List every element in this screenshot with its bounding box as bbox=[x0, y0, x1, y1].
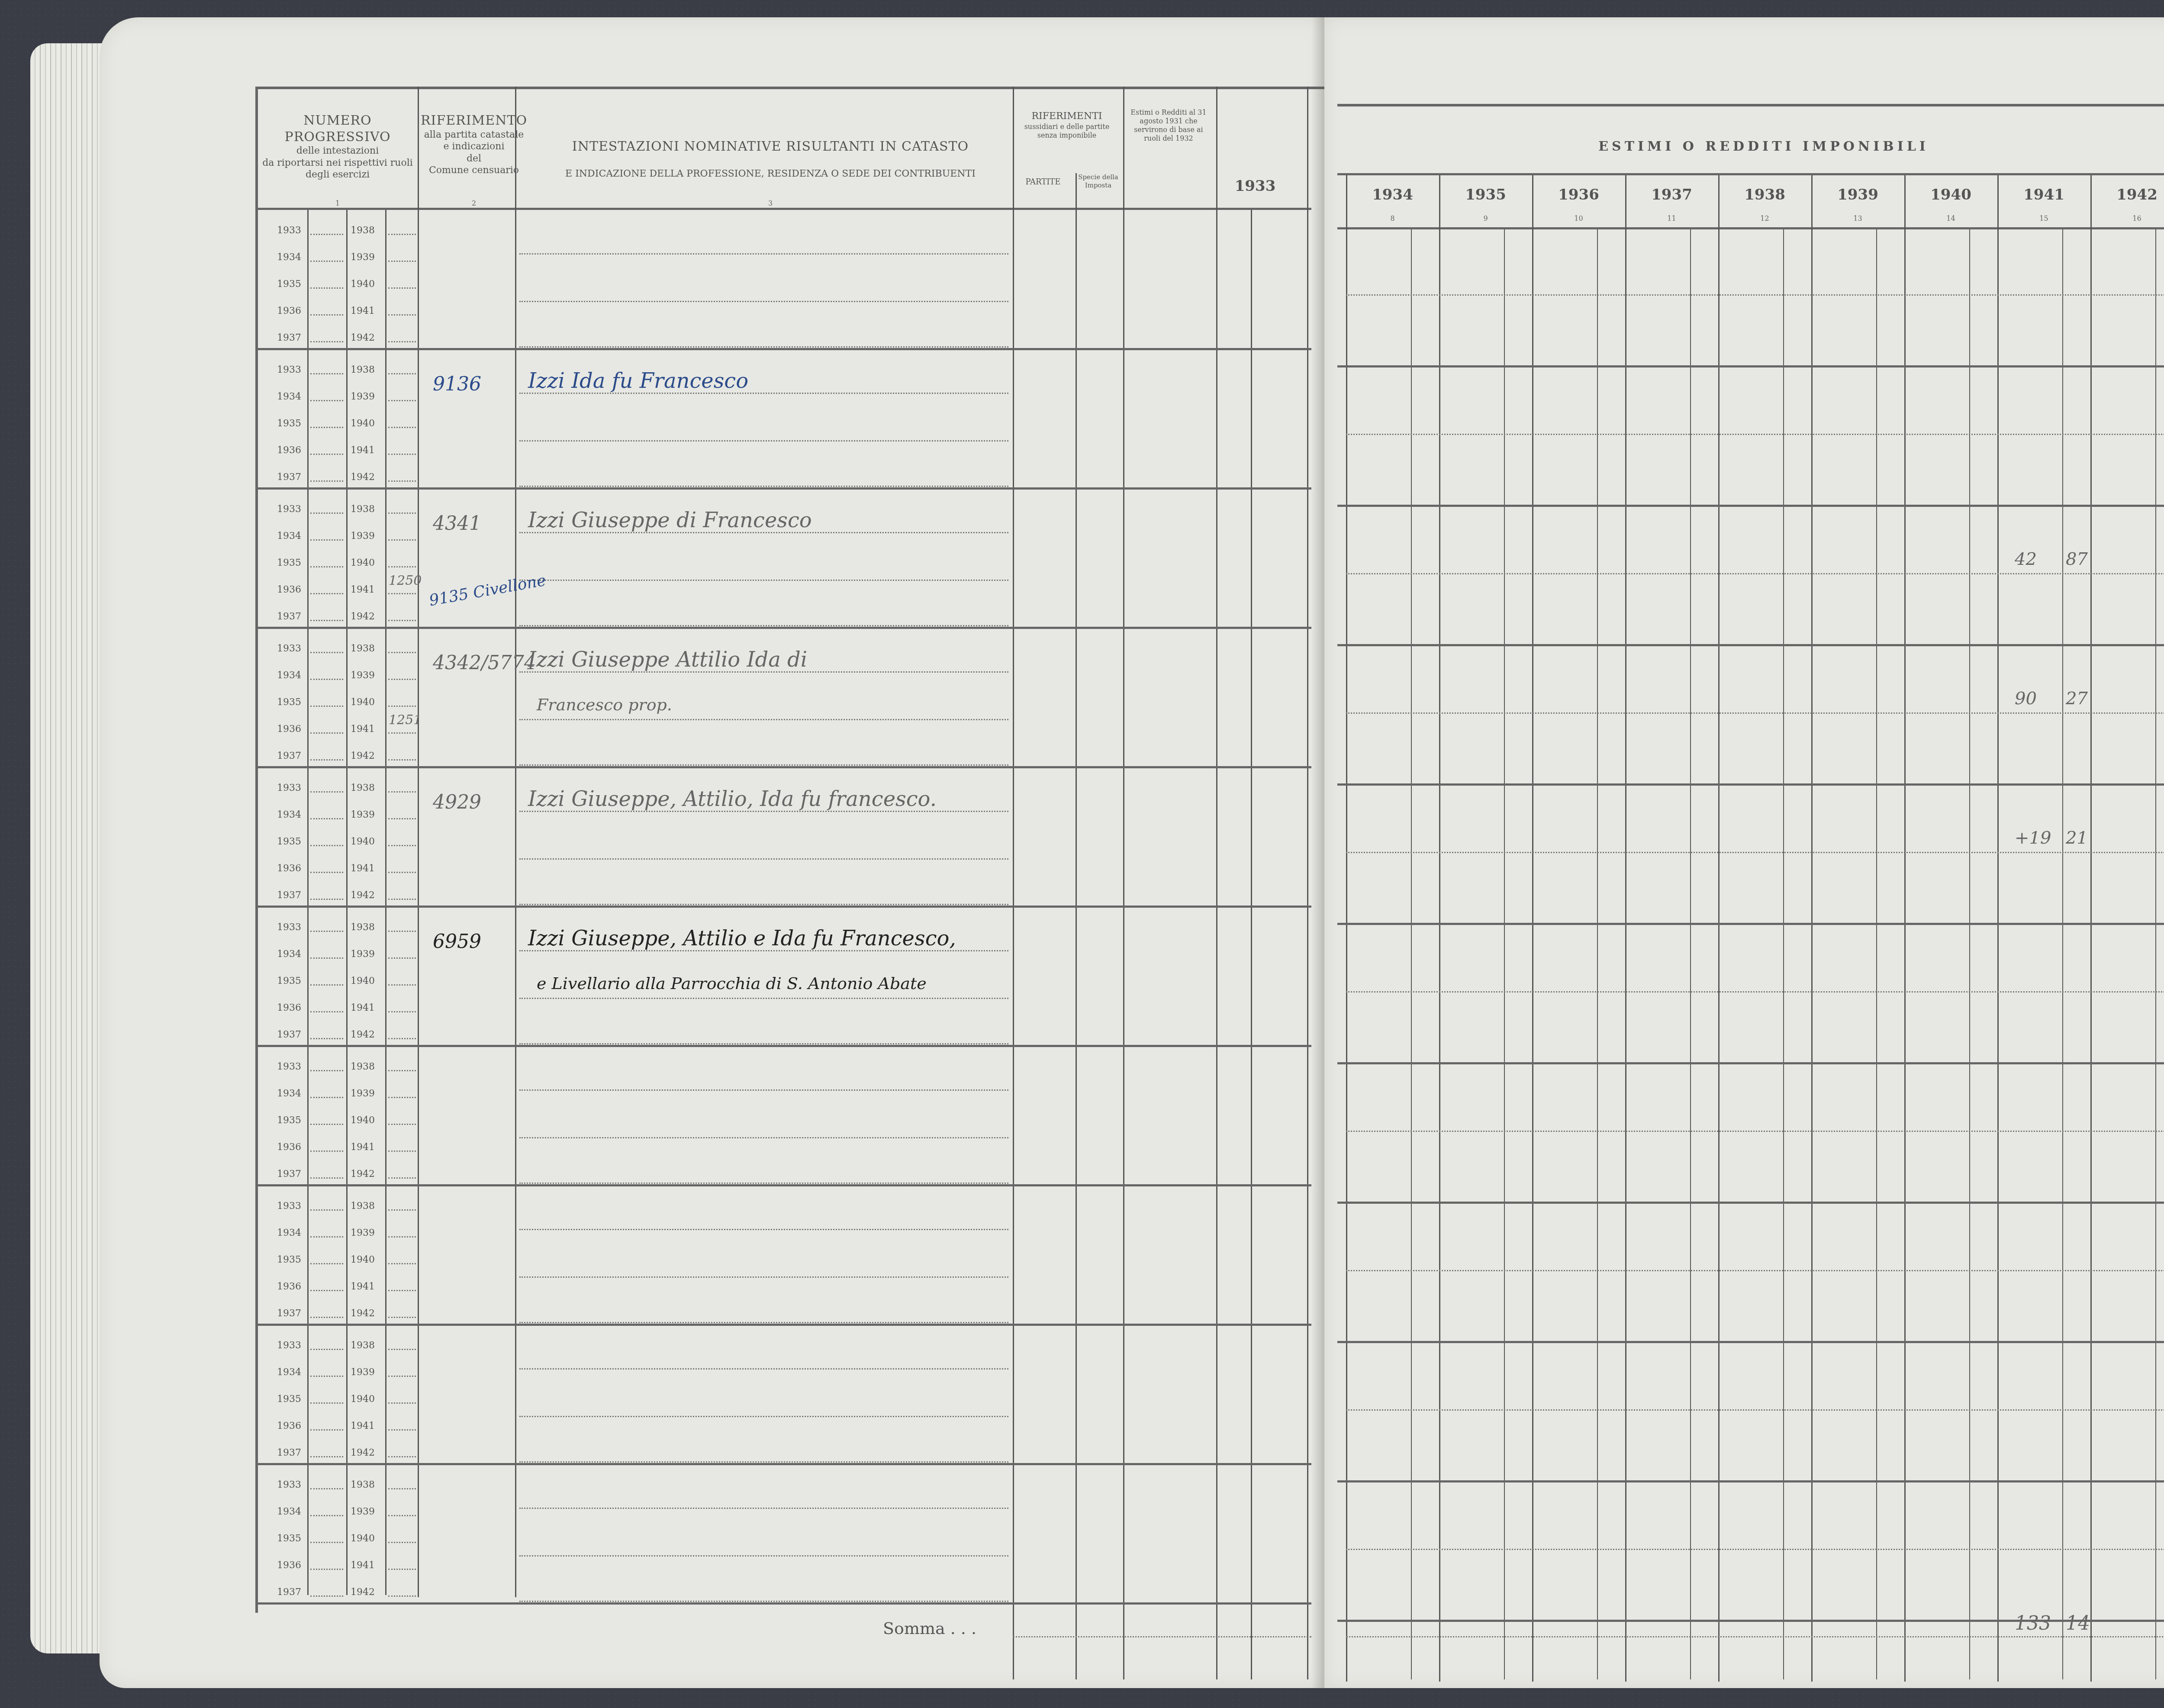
entry-line bbox=[1346, 712, 2164, 714]
header-1933: 1933 bbox=[1216, 177, 1294, 195]
dotted-entry bbox=[388, 1429, 416, 1431]
dotted-entry bbox=[310, 1569, 343, 1570]
dotted-entry bbox=[310, 706, 343, 707]
partita-ref: 4341 bbox=[433, 512, 481, 535]
decimal-line bbox=[1876, 229, 1877, 1679]
year-label: 1935 bbox=[277, 558, 301, 568]
dotted-entry bbox=[388, 1349, 416, 1350]
dotted-entry bbox=[310, 1236, 343, 1237]
decimal-line bbox=[1597, 229, 1598, 1679]
header-riferimento: RIFERIMENTO alla partita catastale e ind… bbox=[420, 113, 528, 177]
grid-line bbox=[1076, 173, 1077, 1679]
year-label: 1935 bbox=[277, 1254, 301, 1265]
dotted-entry bbox=[310, 1595, 343, 1597]
partita-ref: 4342/5774 bbox=[433, 652, 536, 674]
dotted-entry bbox=[310, 1456, 343, 1457]
year-label: 1936 bbox=[277, 584, 301, 595]
year-header: 1942 bbox=[2090, 186, 2164, 203]
owner-name: Izzi Giuseppe Attilio Ida di bbox=[528, 648, 807, 672]
dotted-entry bbox=[310, 845, 343, 846]
dotted-entry bbox=[310, 732, 343, 734]
dotted-entry bbox=[388, 957, 416, 959]
row-divider bbox=[1337, 1062, 2164, 1064]
year-label: 1942 bbox=[351, 332, 375, 343]
dotted-entry bbox=[310, 341, 343, 342]
year-label: 1935 bbox=[277, 697, 301, 708]
year-label: 1942 bbox=[351, 1029, 375, 1040]
year-label: 1938 bbox=[351, 643, 375, 654]
grid-line bbox=[418, 87, 419, 1597]
value-1941-dec: 87 bbox=[2066, 549, 2088, 569]
year-label: 1936 bbox=[277, 1421, 301, 1431]
year-header: 1941 bbox=[1997, 186, 2090, 203]
dotted-entry bbox=[310, 957, 343, 959]
dotted-entry bbox=[388, 566, 416, 567]
dotted-entry bbox=[388, 234, 416, 235]
entry-line bbox=[1346, 991, 2164, 993]
dotted-entry bbox=[310, 1290, 343, 1291]
decimal-line bbox=[1411, 229, 1412, 1679]
year-label: 1938 bbox=[351, 1479, 375, 1490]
year-label: 1934 bbox=[277, 1506, 301, 1517]
dotted-entry bbox=[310, 427, 343, 428]
dotted-entry bbox=[388, 872, 416, 873]
year-label: 1936 bbox=[277, 1281, 301, 1292]
grid-line bbox=[1997, 175, 1999, 1682]
year-label: 1934 bbox=[277, 391, 301, 402]
dotted-entry bbox=[310, 1177, 343, 1179]
year-label: 1938 bbox=[351, 1340, 375, 1351]
year-header: 1937 bbox=[1625, 186, 1718, 203]
name-line bbox=[519, 1089, 1008, 1091]
decimal-line bbox=[1783, 229, 1784, 1679]
grid-line bbox=[515, 87, 516, 1597]
year-label: 1940 bbox=[351, 1254, 375, 1265]
grid-line bbox=[1439, 175, 1440, 1682]
dotted-entry bbox=[388, 1263, 416, 1264]
grid-line bbox=[1216, 87, 1217, 1679]
decimal-line bbox=[1504, 229, 1505, 1679]
year-label: 1937 bbox=[277, 890, 301, 901]
year-header: 1935 bbox=[1439, 186, 1532, 203]
value-1941-dec: 21 bbox=[2066, 828, 2088, 848]
year-label: 1933 bbox=[277, 225, 301, 236]
column-number: 12 bbox=[1718, 214, 1811, 222]
year-label: 1940 bbox=[351, 697, 375, 708]
dotted-entry bbox=[310, 512, 343, 514]
section-divider bbox=[1337, 173, 2164, 175]
dotted-entry bbox=[310, 1070, 343, 1071]
name-line bbox=[519, 719, 1008, 720]
ledger-book: NUMERO PROGRESSIVO delle intestazioni da… bbox=[17, 9, 2164, 1697]
dotted-entry bbox=[310, 818, 343, 819]
year-label: 1942 bbox=[351, 472, 375, 483]
row-divider bbox=[255, 348, 1311, 350]
year-header: 1934 bbox=[1346, 186, 1439, 203]
year-label: 1937 bbox=[277, 1447, 301, 1458]
year-label: 1938 bbox=[351, 1061, 375, 1072]
year-header: 1939 bbox=[1811, 186, 1904, 203]
partita-ref: 6959 bbox=[433, 931, 481, 953]
year-label: 1942 bbox=[351, 1587, 375, 1598]
dotted-entry bbox=[310, 872, 343, 873]
name-line bbox=[519, 486, 1008, 487]
somma-line bbox=[1346, 1636, 2164, 1637]
grid-line bbox=[1904, 175, 1906, 1682]
column-number: 13 bbox=[1811, 214, 1904, 222]
dotted-entry bbox=[388, 1595, 416, 1597]
column-number: 16 bbox=[2090, 214, 2164, 222]
year-label: 1938 bbox=[351, 225, 375, 236]
entry-line bbox=[1346, 1409, 2164, 1411]
entry-line bbox=[1346, 852, 2164, 853]
year-label: 1937 bbox=[277, 751, 301, 761]
dotted-entry bbox=[388, 314, 416, 316]
dotted-entry bbox=[310, 1317, 343, 1318]
year-label: 1941 bbox=[351, 445, 375, 456]
header-estimi-1931: Estimi o Redditi al 31 agosto 1931 che s… bbox=[1125, 108, 1212, 143]
name-line bbox=[519, 301, 1008, 302]
year-label: 1939 bbox=[351, 670, 375, 681]
column-number: 1 bbox=[260, 199, 415, 207]
owner-name: Izzi Ida fu Francesco bbox=[528, 369, 748, 393]
column-number: 9 bbox=[1439, 214, 1532, 222]
dotted-entry bbox=[388, 1456, 416, 1457]
grid-line bbox=[1307, 87, 1308, 1679]
decimal-line bbox=[1690, 229, 1691, 1679]
column-number: 15 bbox=[1997, 214, 2090, 222]
dotted-entry bbox=[310, 1542, 343, 1543]
year-label: 1938 bbox=[351, 504, 375, 515]
year-label: 1935 bbox=[277, 836, 301, 847]
year-label: 1936 bbox=[277, 724, 301, 735]
year-label: 1936 bbox=[277, 306, 301, 316]
name-line bbox=[519, 1183, 1008, 1184]
side-number: 1251 bbox=[389, 712, 422, 728]
row-divider bbox=[255, 1324, 1311, 1326]
year-label: 1937 bbox=[277, 1029, 301, 1040]
year-label: 1939 bbox=[351, 1367, 375, 1378]
year-label: 1940 bbox=[351, 1533, 375, 1544]
dotted-entry bbox=[310, 931, 343, 932]
year-label: 1937 bbox=[277, 1587, 301, 1598]
dotted-entry bbox=[388, 480, 416, 482]
name-line bbox=[519, 764, 1008, 766]
year-label: 1940 bbox=[351, 1394, 375, 1405]
dotted-entry bbox=[310, 373, 343, 374]
year-label: 1942 bbox=[351, 751, 375, 761]
year-label: 1942 bbox=[351, 890, 375, 901]
year-label: 1933 bbox=[277, 922, 301, 933]
owner-name-cont: e Livellario alla Parrocchia di S. Anton… bbox=[537, 974, 927, 993]
dotted-entry bbox=[388, 1402, 416, 1404]
grid-line bbox=[2090, 175, 2092, 1682]
year-label: 1941 bbox=[351, 724, 375, 735]
row-divider bbox=[255, 1463, 1311, 1465]
owner-name-cont: Francesco prop. bbox=[537, 695, 672, 714]
dotted-entry bbox=[310, 1124, 343, 1125]
row-divider bbox=[1337, 1480, 2164, 1482]
somma-1941-dec: 14 bbox=[2066, 1612, 2090, 1634]
name-line bbox=[519, 904, 1008, 905]
year-label: 1938 bbox=[351, 922, 375, 933]
year-label: 1939 bbox=[351, 809, 375, 820]
dotted-entry bbox=[310, 791, 343, 793]
year-label: 1942 bbox=[351, 1308, 375, 1319]
grid-line bbox=[1532, 175, 1533, 1682]
dotted-entry bbox=[310, 620, 343, 621]
year-label: 1935 bbox=[277, 279, 301, 290]
dotted-entry bbox=[388, 845, 416, 846]
row-divider bbox=[255, 906, 1311, 908]
somma-label: Somma . . . bbox=[883, 1619, 976, 1638]
year-label: 1935 bbox=[277, 1394, 301, 1405]
year-label: 1933 bbox=[277, 643, 301, 654]
dotted-entry bbox=[388, 373, 416, 374]
column-number: 14 bbox=[1904, 214, 1997, 222]
year-label: 1934 bbox=[277, 1088, 301, 1099]
year-label: 1937 bbox=[277, 1308, 301, 1319]
year-label: 1941 bbox=[351, 863, 375, 874]
year-label: 1940 bbox=[351, 558, 375, 568]
section-title-estimi: ESTIMI O REDDITI IMPONIBILI bbox=[1342, 139, 2164, 155]
dotted-entry bbox=[310, 1515, 343, 1516]
year-label: 1937 bbox=[277, 472, 301, 483]
year-label: 1942 bbox=[351, 1169, 375, 1179]
dotted-entry bbox=[310, 539, 343, 541]
year-label: 1939 bbox=[351, 1228, 375, 1238]
year-label: 1940 bbox=[351, 836, 375, 847]
dotted-entry bbox=[388, 1569, 416, 1570]
dotted-entry bbox=[388, 1209, 416, 1211]
dotted-entry bbox=[310, 759, 343, 761]
owner-name: Izzi Giuseppe di Francesco bbox=[528, 508, 812, 532]
dotted-entry bbox=[310, 652, 343, 653]
year-label: 1941 bbox=[351, 1002, 375, 1013]
dotted-entry bbox=[388, 1542, 416, 1543]
right-table-frame bbox=[1337, 104, 2164, 1613]
side-number: 1250 bbox=[389, 573, 422, 588]
dotted-entry bbox=[388, 984, 416, 986]
year-label: 1941 bbox=[351, 1421, 375, 1431]
year-label: 1936 bbox=[277, 1002, 301, 1013]
dotted-entry bbox=[388, 1011, 416, 1012]
name-line bbox=[519, 1555, 1008, 1557]
dotted-entry bbox=[388, 1070, 416, 1071]
year-label: 1940 bbox=[351, 1115, 375, 1126]
name-line bbox=[519, 1276, 1008, 1278]
header-divider bbox=[255, 208, 1311, 210]
row-divider bbox=[1337, 923, 2164, 925]
dotted-entry bbox=[388, 759, 416, 761]
year-label: 1937 bbox=[277, 332, 301, 343]
dotted-entry bbox=[310, 1488, 343, 1489]
year-label: 1933 bbox=[277, 504, 301, 515]
dotted-entry bbox=[388, 454, 416, 455]
row-divider bbox=[255, 627, 1311, 629]
name-line bbox=[519, 1416, 1008, 1417]
year-label: 1936 bbox=[277, 1142, 301, 1153]
name-line bbox=[519, 580, 1008, 581]
year-label: 1941 bbox=[351, 306, 375, 316]
dotted-entry bbox=[310, 314, 343, 316]
row-divider bbox=[1337, 1341, 2164, 1343]
year-label: 1934 bbox=[277, 670, 301, 681]
dotted-entry bbox=[310, 400, 343, 401]
name-line bbox=[519, 1322, 1008, 1323]
dotted-entry bbox=[310, 1097, 343, 1098]
row-divider bbox=[1337, 644, 2164, 646]
dotted-entry bbox=[388, 899, 416, 900]
year-label: 1935 bbox=[277, 418, 301, 429]
dotted-entry bbox=[310, 1376, 343, 1377]
dotted-entry bbox=[388, 261, 416, 262]
grid-line bbox=[385, 210, 386, 1595]
name-line bbox=[519, 1137, 1008, 1138]
dotted-entry bbox=[310, 287, 343, 289]
name-line bbox=[519, 1508, 1008, 1509]
dotted-entry bbox=[388, 1515, 416, 1516]
row-divider bbox=[255, 1184, 1311, 1186]
left-page: NUMERO PROGRESSIVO delle intestazioni da… bbox=[100, 17, 1324, 1688]
dotted-entry bbox=[310, 679, 343, 680]
year-label: 1933 bbox=[277, 364, 301, 375]
dotted-entry bbox=[310, 899, 343, 900]
dotted-entry bbox=[310, 1349, 343, 1350]
year-label: 1933 bbox=[277, 1201, 301, 1212]
row-divider bbox=[255, 487, 1311, 490]
year-label: 1936 bbox=[277, 863, 301, 874]
left-table-frame bbox=[255, 87, 1392, 1613]
grid-line bbox=[1123, 87, 1124, 1679]
entry-line bbox=[1346, 573, 2164, 574]
entry-line bbox=[1346, 434, 2164, 435]
year-label: 1942 bbox=[351, 611, 375, 622]
dotted-entry bbox=[310, 1150, 343, 1152]
year-header: 1938 bbox=[1718, 186, 1811, 203]
row-divider bbox=[1337, 505, 2164, 507]
dotted-entry bbox=[388, 539, 416, 541]
year-label: 1933 bbox=[277, 1340, 301, 1351]
entry-line bbox=[1346, 294, 2164, 296]
dotted-entry bbox=[388, 341, 416, 342]
year-label: 1934 bbox=[277, 1367, 301, 1378]
row-divider bbox=[1337, 1202, 2164, 1204]
decimal-line bbox=[2155, 229, 2156, 1679]
dotted-entry bbox=[388, 1317, 416, 1318]
year-label: 1939 bbox=[351, 1088, 375, 1099]
row-divider bbox=[255, 1045, 1311, 1047]
name-line bbox=[519, 253, 1008, 255]
row-divider bbox=[255, 1602, 1311, 1605]
column-number: 2 bbox=[420, 199, 528, 207]
year-label: 1937 bbox=[277, 1169, 301, 1179]
dotted-entry bbox=[388, 593, 416, 594]
dotted-entry bbox=[388, 706, 416, 707]
header-partite: PARTITE bbox=[1013, 177, 1073, 187]
value-1941-int: 42 bbox=[2015, 549, 2037, 569]
year-label: 1941 bbox=[351, 1560, 375, 1571]
value-1941-dec: 27 bbox=[2066, 689, 2088, 709]
year-header: 1936 bbox=[1532, 186, 1625, 203]
year-label: 1941 bbox=[351, 1142, 375, 1153]
dotted-entry bbox=[310, 480, 343, 482]
entry-line bbox=[1346, 1270, 2164, 1271]
year-label: 1941 bbox=[351, 584, 375, 595]
year-label: 1936 bbox=[277, 445, 301, 456]
row-divider bbox=[255, 766, 1311, 768]
name-line bbox=[519, 1229, 1008, 1230]
name-line bbox=[519, 625, 1008, 626]
year-label: 1941 bbox=[351, 1281, 375, 1292]
grid-line bbox=[1811, 175, 1813, 1682]
header-numero-progressivo: NUMERO PROGRESSIVO delle intestazioni da… bbox=[260, 113, 415, 181]
header-intestazioni: INTESTAZIONI NOMINATIVE RISULTANTI IN CA… bbox=[532, 139, 1008, 180]
year-label: 1933 bbox=[277, 783, 301, 793]
grid-line bbox=[1346, 175, 1347, 1682]
year-header: 1940 bbox=[1904, 186, 1997, 203]
dotted-entry bbox=[388, 1488, 416, 1489]
entry-line bbox=[1346, 1131, 2164, 1132]
dotted-entry bbox=[388, 732, 416, 734]
dotted-entry bbox=[388, 791, 416, 793]
name-line bbox=[519, 1461, 1008, 1463]
dotted-entry bbox=[388, 818, 416, 819]
value-1941-int: +19 bbox=[2015, 828, 2051, 848]
year-label: 1934 bbox=[277, 252, 301, 263]
dotted-entry bbox=[388, 1290, 416, 1291]
dotted-entry bbox=[310, 1263, 343, 1264]
dotted-entry bbox=[310, 984, 343, 986]
dotted-entry bbox=[310, 1209, 343, 1211]
dotted-entry bbox=[388, 652, 416, 653]
row-divider bbox=[1337, 365, 2164, 367]
name-line bbox=[519, 1601, 1008, 1602]
name-line bbox=[519, 1368, 1008, 1370]
dotted-entry bbox=[388, 679, 416, 680]
year-label: 1934 bbox=[277, 949, 301, 960]
dotted-entry bbox=[388, 427, 416, 428]
year-label: 1935 bbox=[277, 1115, 301, 1126]
dotted-entry bbox=[388, 620, 416, 621]
name-line bbox=[519, 440, 1008, 442]
grid-line bbox=[1013, 87, 1014, 1679]
column-number: 3 bbox=[532, 199, 1008, 207]
dotted-entry bbox=[388, 1177, 416, 1179]
year-label: 1938 bbox=[351, 1201, 375, 1212]
year-label: 1937 bbox=[277, 611, 301, 622]
dotted-entry bbox=[310, 1429, 343, 1431]
name-line bbox=[519, 858, 1008, 860]
year-label: 1934 bbox=[277, 809, 301, 820]
year-label: 1940 bbox=[351, 418, 375, 429]
dotted-entry bbox=[310, 1011, 343, 1012]
right-page: Mod. 111 - Imposte Dirette (Intercalare)… bbox=[1324, 17, 2164, 1688]
owner-name: Izzi Giuseppe, Attilio e Ida fu Francesc… bbox=[528, 926, 956, 951]
name-line bbox=[519, 346, 1008, 348]
dotted-entry bbox=[388, 1236, 416, 1237]
value-1941-int: 90 bbox=[2015, 689, 2037, 709]
year-label: 1939 bbox=[351, 531, 375, 541]
dotted-entry bbox=[388, 400, 416, 401]
dotted-entry bbox=[388, 1038, 416, 1039]
year-label: 1933 bbox=[277, 1479, 301, 1490]
year-label: 1942 bbox=[351, 1447, 375, 1458]
dotted-entry bbox=[388, 1150, 416, 1152]
header-riferimenti-sussidiari: RIFERIMENTI sussidiari e delle partite s… bbox=[1013, 110, 1121, 140]
grid-line bbox=[1251, 210, 1252, 1679]
year-label: 1939 bbox=[351, 252, 375, 263]
